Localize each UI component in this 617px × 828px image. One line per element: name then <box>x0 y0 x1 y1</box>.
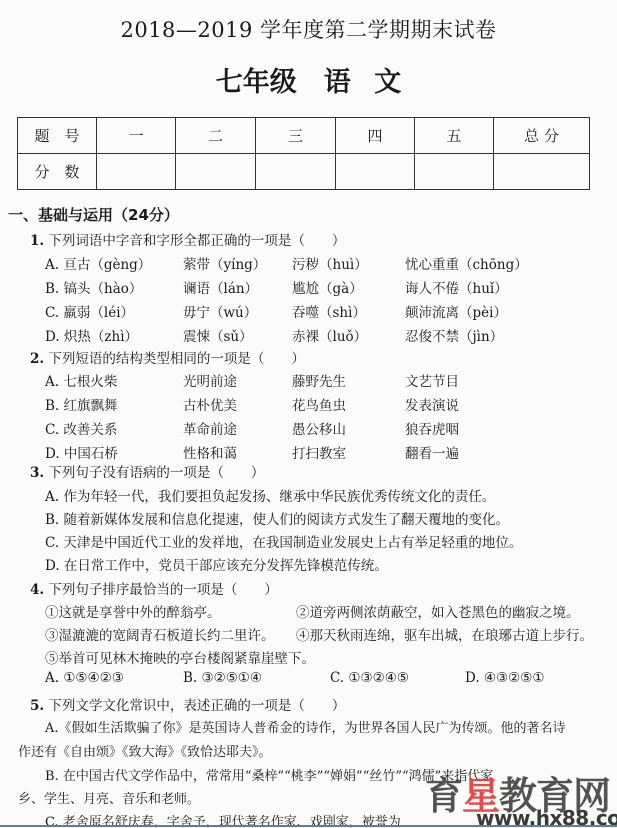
header-cell-total: 总 分 <box>494 118 590 154</box>
score-cell-total <box>494 154 590 190</box>
q1-option-d-1: D. 炽热（zhì） <box>45 325 138 345</box>
q1-option-b-3: 尴尬（gà） <box>292 277 363 297</box>
q5-option-b-line2: 乡、学生、月亮、音乐和老师。 <box>18 788 200 807</box>
q1-option-c-1: C. 羸弱（léi） <box>45 301 134 321</box>
question-text: 下列文学文化常识中，表述正确的一项是（ ） <box>48 698 345 714</box>
question-number: 4. <box>30 582 44 598</box>
q3-option-d: D. 在日常工作中，党员干部应该充分发挥先锋模范传统。 <box>45 554 388 574</box>
q4-option-b: B. ③②⑤①④ <box>183 670 262 686</box>
question-5-stem: 5. 下列文学文化常识中，表述正确的一项是（ ） <box>30 694 345 714</box>
q1-option-d-4: 忍俊不禁（jìn） <box>405 325 503 345</box>
question-3-stem: 3. 下列句子没有语病的一项是（ ） <box>30 461 264 481</box>
question-number: 3. <box>30 465 44 481</box>
q4-option-c: C. ①③②④⑤ <box>330 670 409 686</box>
q3-option-b: B. 随着新媒体发展和信息化提速，使人们的阅读方式发生了翻天覆地的变化。 <box>45 508 509 528</box>
q1-option-b-2: 谰语（lán） <box>183 277 258 297</box>
header-cell-2: 二 <box>176 118 256 154</box>
q1-option-b-4: 诲人不倦（huǐ） <box>405 277 508 297</box>
q5-option-a-line1: A.《假如生活欺骗了你》是英国诗人普希金的诗作，为世界各国人民广为传颂。他的著名… <box>45 717 566 736</box>
header-cell-3: 三 <box>256 118 336 154</box>
score-cell-1 <box>97 154 176 190</box>
header-cell-question-number: 题 号 <box>18 118 97 154</box>
q3-option-c: C. 天津是中国近代工业的发祥地，在我国制造业发展史上占有举足轻重的地位。 <box>45 531 522 551</box>
question-text: 下列词语中字音和字形全都正确的一项是（ ） <box>48 233 345 249</box>
header-cell-4: 四 <box>336 118 415 154</box>
score-cell-5 <box>415 154 494 190</box>
exam-title: 2018—2019 学年度第二学期期末试卷 <box>0 14 617 44</box>
score-cell-3 <box>256 154 336 190</box>
q1-option-a-1: A. 亘古（gèng） <box>45 253 151 273</box>
q2-option-a-2: 光明前途 <box>183 370 237 390</box>
q4-sentence-3: ③湿漉漉的宽阔青石板道长约二里许。 <box>45 624 275 644</box>
q2-option-b-4: 发表演说 <box>405 394 459 414</box>
q2-option-c-4: 狼吞虎咽 <box>405 418 459 438</box>
q1-option-c-3: 吞噬（shì） <box>292 301 366 321</box>
question-number: 2. <box>30 351 44 367</box>
q4-sentence-1: ①这就是享誉中外的醉翁亭。 <box>45 601 221 621</box>
q1-option-a-2: 萦带（yíng） <box>183 253 266 273</box>
exam-subtitle: 七年级 语 文 <box>0 60 617 99</box>
question-number: 5. <box>30 698 44 714</box>
q1-option-a-4: 忧心重重（chōng） <box>405 253 528 273</box>
watermark-text-1: 育 <box>425 774 462 818</box>
q2-option-c-1: C. 改善关系 <box>45 418 117 438</box>
q1-option-b-1: B. 镐头（hào） <box>45 277 142 297</box>
score-table-header-row: 题 号 一 二 三 四 五 总 分 <box>18 118 590 154</box>
question-2-stem: 2. 下列短语的结构类型相同的一项是（ ） <box>30 347 305 367</box>
score-cell-4 <box>336 154 415 190</box>
score-row-label: 分 数 <box>18 154 97 190</box>
q2-option-b-3: 花鸟鱼虫 <box>292 394 346 414</box>
header-cell-1: 一 <box>97 118 176 154</box>
q2-option-b-2: 古朴优美 <box>183 394 237 414</box>
q1-option-c-4: 颠沛流离（pèi） <box>405 301 507 321</box>
q1-option-d-3: 赤裸（luǒ） <box>292 325 367 345</box>
q2-option-a-3: 藤野先生 <box>292 370 346 390</box>
q1-option-c-2: 毋宁（wú） <box>183 301 257 321</box>
q3-option-a: A. 作为年轻一代，我们要担负起发扬、继承中华民族优秀传统文化的责任。 <box>45 485 495 505</box>
bottom-divider <box>0 825 617 827</box>
question-number: 1. <box>30 233 44 249</box>
q2-option-d-3: 打扫教室 <box>292 442 346 462</box>
header-cell-5: 五 <box>415 118 494 154</box>
q2-option-a-1: A. 七根火柴 <box>45 370 117 390</box>
score-cell-2 <box>176 154 256 190</box>
q5-option-a-line2: 作还有《自由颂》《致大海》《致恰达耶夫》。 <box>18 741 272 760</box>
score-table-score-row: 分 数 <box>18 154 590 190</box>
q2-option-d-2: 性格和蔼 <box>183 442 237 462</box>
question-4-stem: 4. 下列句子排序最恰当的一项是（ ） <box>30 578 278 598</box>
question-text: 下列句子没有语病的一项是（ ） <box>48 465 264 481</box>
q2-option-c-2: 革命前途 <box>183 418 237 438</box>
q4-sentence-2: ②道旁两侧浓荫蔽空，如入苍黑色的幽寂之境。 <box>296 601 580 621</box>
question-text: 下列句子排序最恰当的一项是（ ） <box>48 582 278 598</box>
q4-sentence-4: ④那天秋雨连绵，驱车出城，在琅琊古道上步行。 <box>296 624 593 644</box>
q2-option-c-3: 愚公移山 <box>292 418 346 438</box>
q2-option-b-1: B. 红旗飘舞 <box>45 394 118 414</box>
score-table: 题 号 一 二 三 四 五 总 分 分 数 <box>17 117 590 190</box>
section-heading: 一、基础与运用（24分） <box>8 204 179 225</box>
q1-option-a-3: 污秽（huì） <box>292 253 368 273</box>
q2-option-d-4: 翻看一遍 <box>405 442 459 462</box>
q4-sentence-5: ⑤举首可见林木掩映的亭台楼阁紧靠崖壁下。 <box>45 647 315 667</box>
question-1-stem: 1. 下列词语中字音和字形全都正确的一项是（ ） <box>30 229 345 249</box>
q1-option-d-2: 震悚（sǔ） <box>183 325 253 345</box>
q2-option-d-1: D. 中国石桥 <box>45 442 118 462</box>
q4-option-a: A. ①⑤④②③ <box>45 670 124 686</box>
q4-option-d: D. ④③②⑤① <box>465 670 544 686</box>
question-text: 下列短语的结构类型相同的一项是（ ） <box>48 351 305 367</box>
q2-option-a-4: 文艺节目 <box>405 370 459 390</box>
